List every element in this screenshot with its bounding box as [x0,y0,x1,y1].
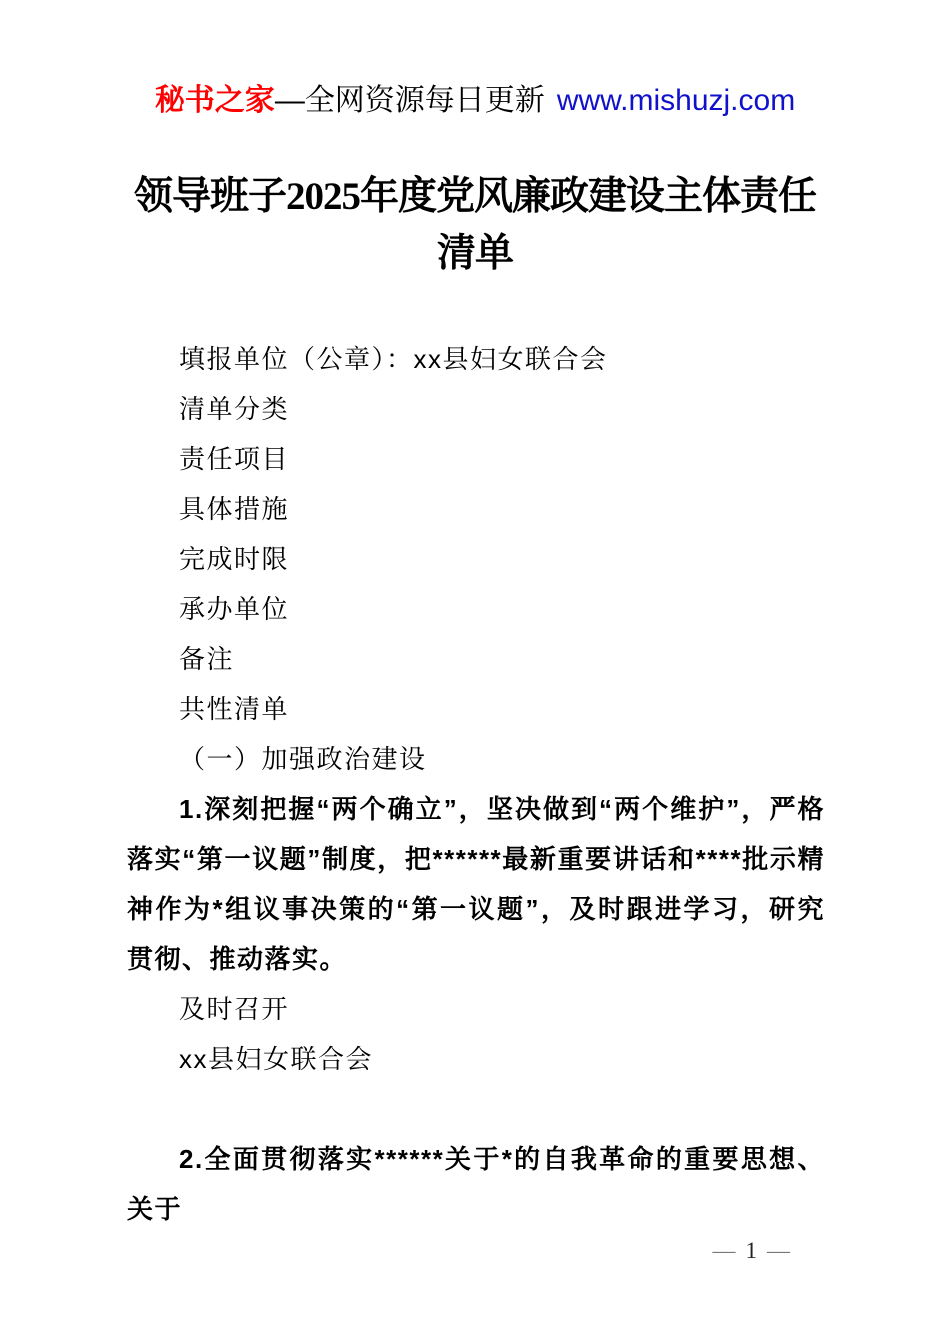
paragraph-undertaker: 承办单位 [127,584,825,634]
paragraph-timely-meeting: 及时召开 [127,984,825,1034]
paragraph-item-1: 1.深刻把握“两个确立”，坚决做到“两个维护”，严格落实“第一议题”制度，把**… [127,784,825,984]
site-header: 秘书之家—全网资源每日更新www.mishuzj.com [0,84,950,118]
title-line-1: 领导班子2025年度党风廉政建设主体责任 [134,175,816,218]
paragraph-measures: 具体措施 [127,484,825,534]
paragraph-remarks: 备注 [127,634,825,684]
site-url[interactable]: www.mishuzj.com [557,84,795,117]
document-title: 领导班子2025年度党风廉政建设主体责任 清单 [0,168,950,282]
site-brand: 秘书之家 [155,84,275,117]
page-number-dash-right: — [767,1238,790,1263]
paragraph-org-name: xx县妇女联合会 [127,1034,825,1084]
paragraph-deadline: 完成时限 [127,534,825,584]
paragraph-section-one: （一）加强政治建设 [127,734,825,784]
paragraph-report-unit: 填报单位（公章）：xx县妇女联合会 [127,334,825,384]
paragraph-item-2: 2.全面贯彻落实******关于*的自我革命的重要思想、关于 [127,1134,825,1234]
document-body: 填报单位（公章）：xx县妇女联合会 清单分类 责任项目 具体措施 完成时限 承办… [127,334,825,1234]
page-number: 1 [746,1238,758,1263]
paragraph-common-list: 共性清单 [127,684,825,734]
title-line-2: 清单 [437,232,513,275]
paragraph-duty-item: 责任项目 [127,434,825,484]
page-footer: —1— [713,1238,791,1264]
document-page: 秘书之家—全网资源每日更新www.mishuzj.com 领导班子2025年度党… [0,0,950,1344]
page-number-dash-left: — [713,1238,736,1263]
header-tagline: 全网资源每日更新 [305,84,545,117]
header-dash: — [275,84,305,117]
blank-line [127,1084,825,1134]
paragraph-list-category: 清单分类 [127,384,825,434]
